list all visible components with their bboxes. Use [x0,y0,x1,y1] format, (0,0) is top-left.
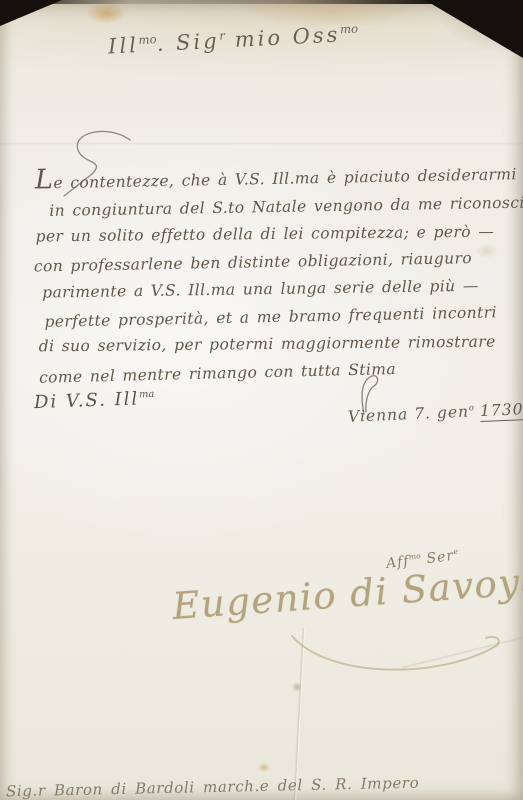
letter-page: Illmo. Sigr mio Ossmo Le contentezze, ch… [0,0,523,800]
dateline-month: gen [437,403,470,422]
closing-text: Di V.S. Ill [34,388,140,413]
photo-background: Illmo. Sigr mio Ossmo Le contentezze, ch… [0,0,523,800]
signature: Eugenio di Savoya [171,559,523,628]
address-line: Sig.r Baron di Bardoli march.e del S. R.… [6,774,420,800]
closing-formula: Di V.S. Illma [34,388,155,413]
dateline-place: Vienna [348,405,409,426]
salutation: Illmo. Sigr mio Ossmo [108,21,359,58]
ink-stain [86,2,126,24]
dateline-year: 1730 [480,400,523,422]
dateline-day: 7. [414,404,432,423]
salutation-text: mio Oss [224,22,341,52]
foxing-spot [258,763,270,772]
letter-body: Le contentezze, che à V.S. Ill.ma è piac… [29,160,509,389]
signature-flourish [288,628,508,684]
signoff-superscript: e [453,547,459,556]
salutation-text: . Sig [156,29,220,56]
salutation-text: Ill [108,33,140,59]
salutation-superscript: mo [340,21,359,36]
closing-superscript: ma [139,389,155,401]
salutation-superscript: mo [138,32,157,47]
dateline-month-superscript: o [469,403,475,413]
